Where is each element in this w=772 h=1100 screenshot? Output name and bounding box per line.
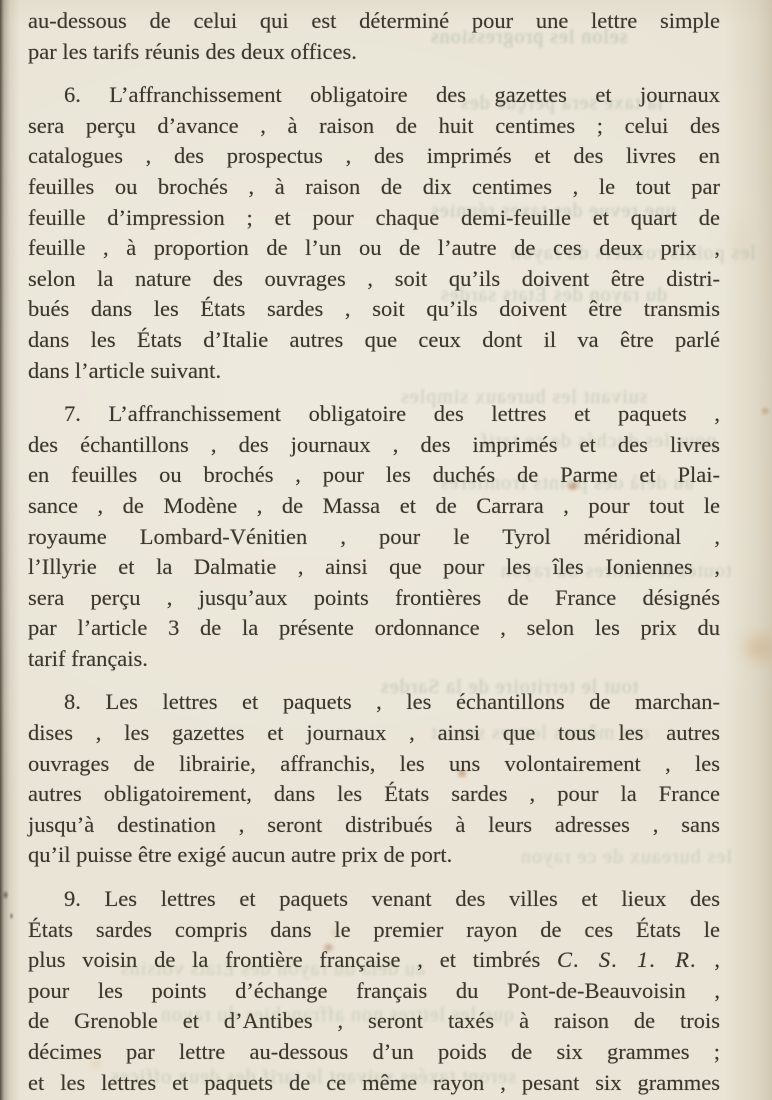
- text-line: par l’article 3 de la présente ordonnanc…: [28, 613, 720, 644]
- text-segment: qu’il puisse être exigé aucun autre prix…: [28, 842, 452, 867]
- text-segment: dans l’article suivant.: [28, 358, 221, 383]
- text-line: feuilles ou brochés , à raison de dix ce…: [28, 172, 720, 203]
- text-segment: des échantillons , des journaux , des im…: [28, 432, 720, 457]
- text-line: autres obligatoirement, dans les États s…: [28, 779, 720, 810]
- text-line: royaume Lombard-Vénitien , pour le Tyrol…: [28, 522, 720, 553]
- text-line: catalogues , des prospectus , des imprim…: [28, 141, 720, 172]
- text-segment: autres obligatoirement, dans les États s…: [28, 781, 720, 806]
- text-segment: par l’article 3 de la présente ordonnanc…: [28, 615, 720, 640]
- text-line: pour les points d’échange français du Po…: [28, 976, 720, 1007]
- text-segment: pour les points d’échange français du Po…: [28, 978, 720, 1003]
- text-line: des échantillons , des journaux , des im…: [28, 430, 720, 461]
- text-segment: royaume Lombard-Vénitien , pour le Tyrol…: [28, 524, 720, 549]
- text-segment: décimes par lettre au-dessous d’un poids…: [28, 1039, 720, 1064]
- text-line: l’Illyrie et la Dalmatie , ainsi que pou…: [28, 552, 720, 583]
- text-line: feuille , à proportion de l’un ou de l’a…: [28, 233, 720, 264]
- text-segment: feuille , à proportion de l’un ou de l’a…: [28, 235, 720, 260]
- text-line: et les lettres et paquets de ce même ray…: [28, 1068, 720, 1099]
- text-line: 8. Les lettres et paquets , les échantil…: [28, 687, 720, 718]
- text-line: jusqu’à destination , seront distribués …: [28, 810, 720, 841]
- text-segment: sera perçu d’avance , à raison de huit c…: [28, 113, 720, 138]
- text-segment: l’Illyrie et la Dalmatie , ainsi que pou…: [28, 554, 720, 579]
- document-text: au-dessous de celui qui est déterminé po…: [0, 0, 772, 1098]
- text-segment: jusqu’à destination , seront distribués …: [28, 812, 720, 837]
- text-segment: ouvrages de librairie, affranchis, les u…: [28, 751, 720, 776]
- text-line: feuille d’impression ; et pour chaque de…: [28, 203, 720, 234]
- text-line: au-dessous de celui qui est déterminé po…: [28, 6, 720, 37]
- text-segment: catalogues , des prospectus , des imprim…: [28, 143, 720, 168]
- text-segment: selon la nature des ouvrages , soit qu’i…: [28, 266, 720, 291]
- text-line: plus voisin de la frontière française , …: [28, 945, 720, 976]
- text-segment: 9. Les lettres et paquets venant des vil…: [64, 886, 720, 911]
- text-line: décimes par lettre au-dessous d’un poids…: [28, 1037, 720, 1068]
- paragraph: 7. L’affranchissement obligatoire des le…: [28, 399, 720, 674]
- text-line: de Grenoble et d’Antibes , seront taxés …: [28, 1006, 720, 1037]
- text-line: bués dans les États sardes , soit qu’ils…: [28, 294, 720, 325]
- paragraph: 8. Les lettres et paquets , les échantil…: [28, 687, 720, 871]
- text-segment: plus voisin de la frontière française , …: [28, 947, 557, 972]
- text-segment: et les lettres et paquets de ce même ray…: [28, 1070, 720, 1095]
- text-line: selon la nature des ouvrages , soit qu’i…: [28, 264, 720, 295]
- text-segment: États sardes compris dans le premier ray…: [28, 917, 720, 942]
- text-line: dises , les gazettes et journaux , ainsi…: [28, 718, 720, 749]
- text-segment: en feuilles ou brochés , pour les duchés…: [28, 462, 720, 487]
- text-line: dans l’article suivant.: [28, 356, 720, 387]
- scanned-page: selon les progressionsla taxe sera perçu…: [0, 0, 772, 1100]
- text-line: États sardes compris dans le premier ray…: [28, 915, 720, 946]
- text-segment: dans les États d’Italie autres que ceux …: [28, 327, 720, 352]
- text-line: par les tarifs réunis des deux offices.: [28, 37, 720, 68]
- text-line: 9. Les lettres et paquets venant des vil…: [28, 884, 720, 915]
- text-segment: 8. Les lettres et paquets , les échantil…: [64, 689, 720, 714]
- text-segment: sance , de Modène , de Massa et de Carra…: [28, 493, 720, 518]
- text-line: ouvrages de librairie, affranchis, les u…: [28, 749, 720, 780]
- text-line: qu’il puisse être exigé aucun autre prix…: [28, 840, 720, 871]
- text-line: 6. L’affranchissement obligatoire des ga…: [28, 80, 720, 111]
- text-line: tarif français.: [28, 644, 720, 675]
- text-segment: feuilles ou brochés , à raison de dix ce…: [28, 174, 720, 199]
- text-segment: sera perçu , jusqu’aux points frontières…: [28, 585, 720, 610]
- text-segment: ,: [698, 947, 720, 972]
- stamp-code-text: C. S. 1. R.: [557, 947, 698, 972]
- text-segment: tarif français.: [28, 646, 148, 671]
- text-segment: 7. L’affranchissement obligatoire des le…: [64, 401, 720, 426]
- text-segment: 6. L’affranchissement obligatoire des ga…: [64, 82, 720, 107]
- text-segment: par les tarifs réunis des deux offices.: [28, 39, 357, 64]
- text-line: en feuilles ou brochés , pour les duchés…: [28, 460, 720, 491]
- text-segment: au-dessous de celui qui est déterminé po…: [28, 8, 720, 33]
- text-segment: bués dans les États sardes , soit qu’ils…: [28, 296, 720, 321]
- text-line: sera perçu , jusqu’aux points frontières…: [28, 583, 720, 614]
- text-segment: feuille d’impression ; et pour chaque de…: [28, 205, 720, 230]
- paragraph: au-dessous de celui qui est déterminé po…: [28, 6, 720, 67]
- paragraph: 9. Les lettres et paquets venant des vil…: [28, 884, 720, 1098]
- text-line: sance , de Modène , de Massa et de Carra…: [28, 491, 720, 522]
- text-line: sera perçu d’avance , à raison de huit c…: [28, 111, 720, 142]
- text-segment: dises , les gazettes et journaux , ainsi…: [28, 720, 720, 745]
- text-line: dans les États d’Italie autres que ceux …: [28, 325, 720, 356]
- text-line: 7. L’affranchissement obligatoire des le…: [28, 399, 720, 430]
- text-segment: de Grenoble et d’Antibes , seront taxés …: [28, 1008, 720, 1033]
- paragraph: 6. L’affranchissement obligatoire des ga…: [28, 80, 720, 386]
